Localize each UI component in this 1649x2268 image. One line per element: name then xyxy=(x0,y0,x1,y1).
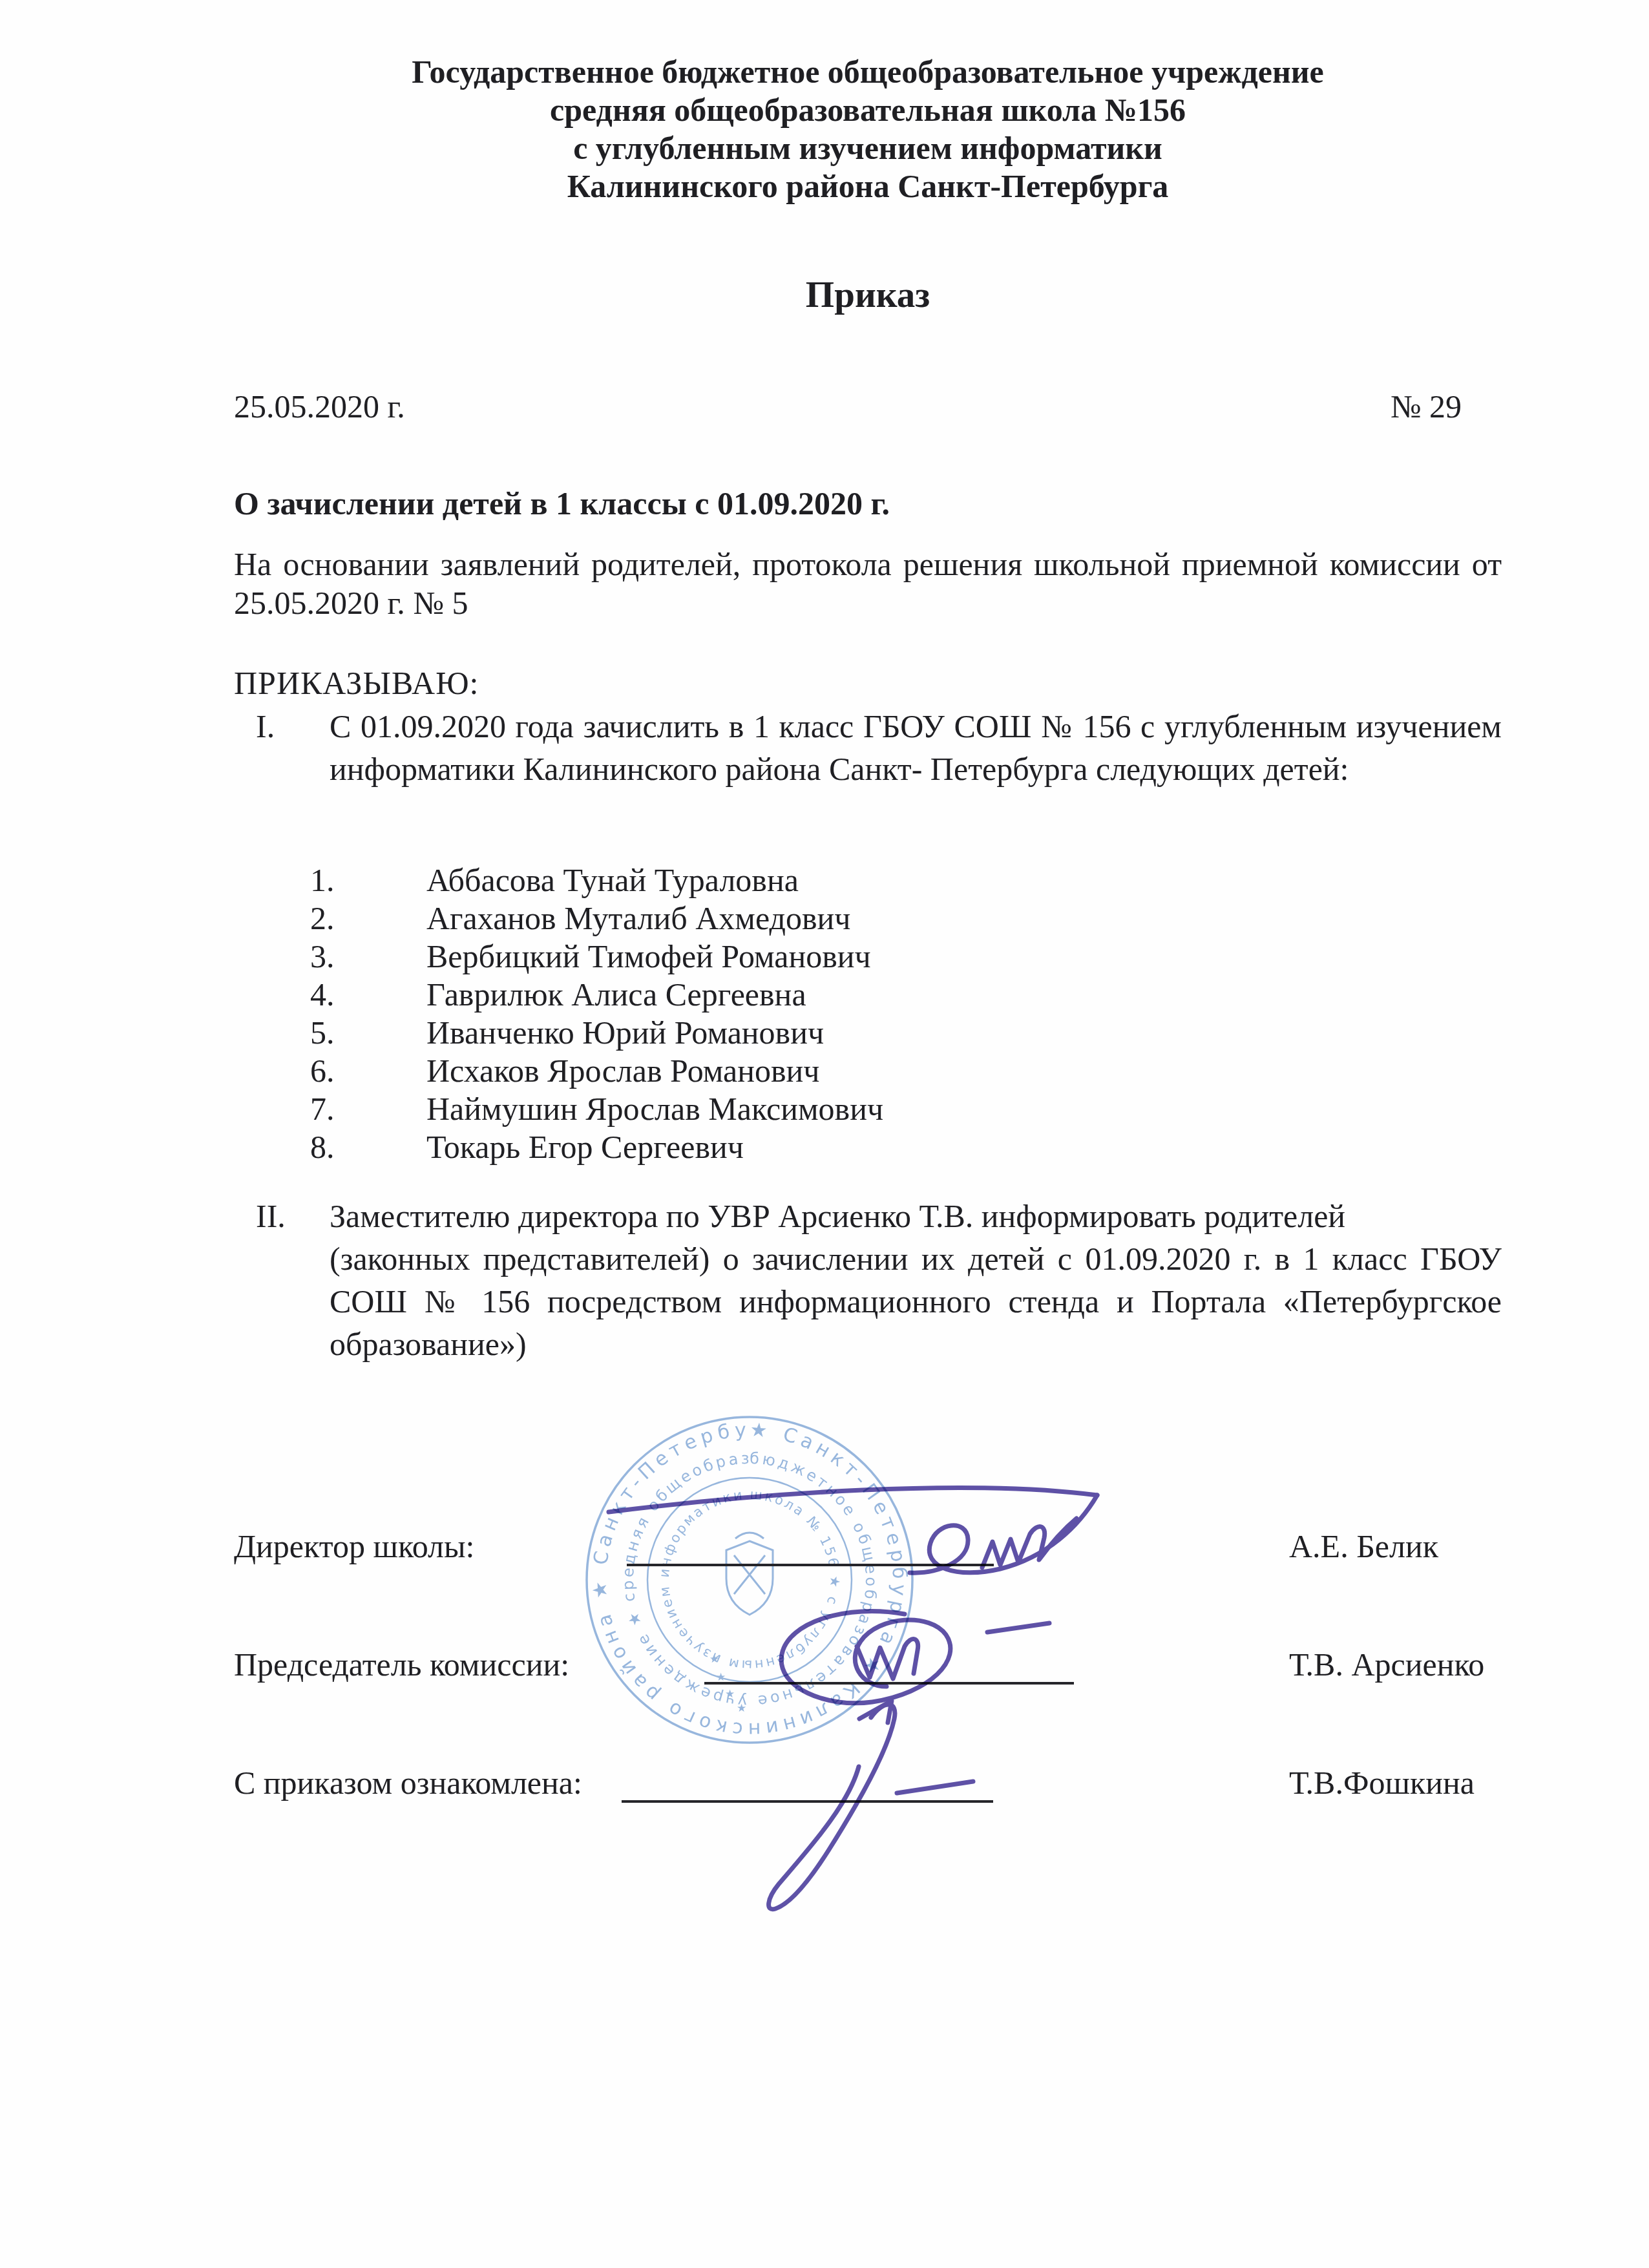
child-row: 3. Вербицкий Тимофей Романович xyxy=(234,938,1502,976)
child-row: 4. Гаврилюк Алиса Сергеевна xyxy=(234,976,1502,1014)
child-number: 7. xyxy=(310,1090,426,1128)
order-item-1-line: С 01.09.2020 года зачислить в 1 класс ГБ… xyxy=(330,705,1502,748)
letterhead-line: Государственное бюджетное общеобразовате… xyxy=(234,53,1502,91)
child-row: 6. Исхаков Ярослав Романович xyxy=(234,1052,1502,1090)
child-name: Иванченко Юрий Романович xyxy=(426,1014,1502,1052)
child-name: Наймушин Ярослав Максимович xyxy=(426,1090,1502,1128)
child-number: 5. xyxy=(310,1014,426,1052)
letterhead-line: средняя общеобразовательная школа №156 xyxy=(234,91,1502,129)
order-item-2-line: СОШ № 156 посредством информационного ст… xyxy=(330,1280,1502,1323)
child-row: 7. Наймушин Ярослав Максимович xyxy=(234,1090,1502,1128)
document-number: № 29 xyxy=(1391,388,1462,426)
child-name: Токарь Егор Сергеевич xyxy=(426,1128,1502,1166)
child-row: 5. Иванченко Юрий Романович xyxy=(234,1014,1502,1052)
child-row: 1. Аббасова Тунай Тураловна xyxy=(234,861,1502,899)
document-title: Приказ xyxy=(234,274,1502,317)
date-number-row: 25.05.2020 г. № 29 xyxy=(234,388,1502,426)
order-item-1-line: информатики Калининского района Санкт- П… xyxy=(330,748,1502,790)
basis-line: 25.05.2020 г. № 5 xyxy=(234,583,1502,622)
order-item-1-text: С 01.09.2020 года зачислить в 1 класс ГБ… xyxy=(330,705,1502,790)
signature-label: С приказом ознакомлена: xyxy=(234,1765,582,1801)
order-item-2-number: II. xyxy=(234,1195,330,1365)
order-item-1: I. С 01.09.2020 года зачислить в 1 класс… xyxy=(234,705,1502,790)
acknowledged-signature xyxy=(769,1701,973,1909)
child-number: 2. xyxy=(310,899,426,938)
child-row: 8. Токарь Егор Сергеевич xyxy=(234,1128,1502,1166)
child-number: 4. xyxy=(310,976,426,1014)
order-item-2-line: Заместителю директора по УВР Арсиенко Т.… xyxy=(330,1195,1502,1237)
letterhead: Государственное бюджетное общеобразовате… xyxy=(234,53,1502,205)
director-signature xyxy=(609,1487,1097,1573)
order-item-2-text: Заместителю директора по УВР Арсиенко Т.… xyxy=(330,1195,1502,1365)
basis-paragraph: На основании заявлений родителей, проток… xyxy=(234,545,1502,622)
order-word: ПРИКАЗЫВАЮ: xyxy=(234,664,1502,702)
child-name: Аббасова Тунай Тураловна xyxy=(426,861,1502,899)
document-date: 25.05.2020 г. xyxy=(234,388,405,426)
child-name: Агаханов Муталиб Ахмедович xyxy=(426,899,1502,938)
order-item-2-line: (законных представителей) о зачислении и… xyxy=(330,1237,1502,1280)
child-row: 2. Агаханов Муталиб Ахмедович xyxy=(234,899,1502,938)
child-number: 3. xyxy=(310,938,426,976)
signature-label: Директор школы: xyxy=(234,1528,474,1564)
order-item-2-line: образование») xyxy=(330,1323,1502,1365)
chair-signature xyxy=(781,1611,1049,1703)
child-name: Вербицкий Тимофей Романович xyxy=(426,938,1502,976)
child-number: 6. xyxy=(310,1052,426,1090)
signer-name: А.Е. Белик xyxy=(1289,1528,1438,1566)
order-item-2: II. Заместителю директора по УВР Арсиенк… xyxy=(234,1195,1502,1365)
signature-label: Председатель комиссии: xyxy=(234,1646,569,1683)
basis-line: На основании заявлений родителей, проток… xyxy=(234,545,1502,583)
child-number: 8. xyxy=(310,1128,426,1166)
child-name: Исхаков Ярослав Романович xyxy=(426,1052,1502,1090)
letterhead-line: Калининского района Санкт-Петербурга xyxy=(234,167,1502,205)
child-number: 1. xyxy=(310,861,426,899)
letterhead-line: с углубленным изучением информатики xyxy=(234,129,1502,167)
child-name: Гаврилюк Алиса Сергеевна xyxy=(426,976,1502,1014)
signer-name: Т.В.Фошкина xyxy=(1289,1764,1475,1802)
signer-name: Т.В. Арсиенко xyxy=(1289,1646,1484,1684)
children-list: 1. Аббасова Тунай Тураловна 2. Агаханов … xyxy=(234,861,1502,1166)
subject-line: О зачислении детей в 1 классы с 01.09.20… xyxy=(234,485,1502,523)
order-item-1-number: I. xyxy=(234,705,330,790)
handwritten-signatures xyxy=(569,1441,1163,1945)
document-page: ★ Санкт-Петербурга ★ Калининского района… xyxy=(0,0,1649,2268)
